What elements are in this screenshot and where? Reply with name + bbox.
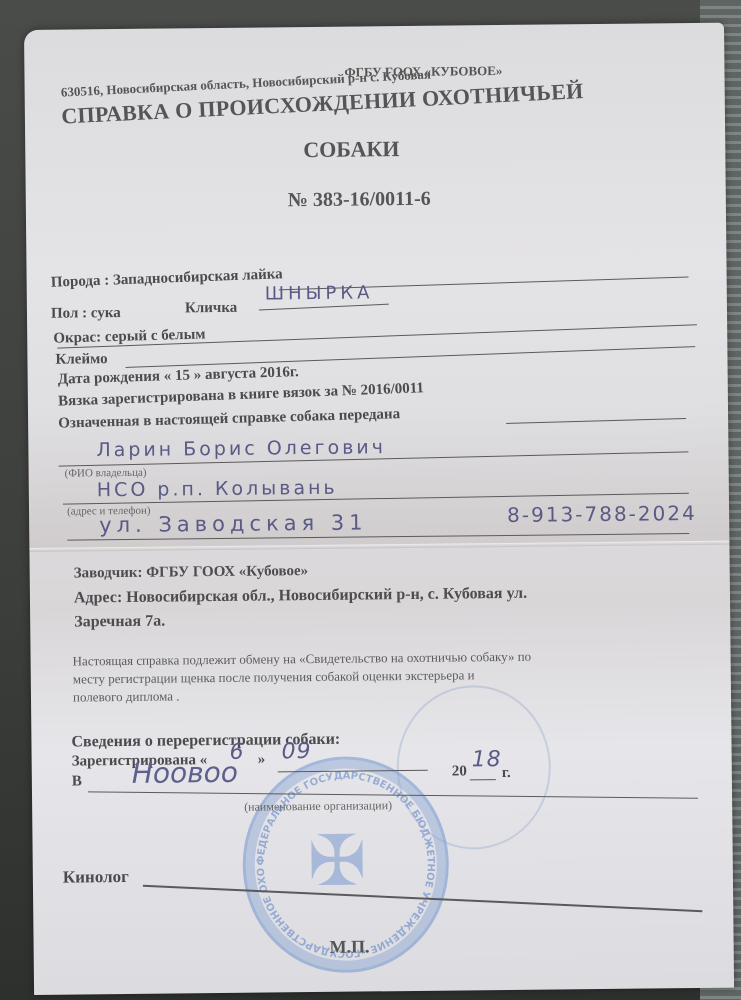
owner-address-value: НСО р.п. Колывань — [97, 477, 338, 502]
document-number: № 383-16/0011-6 — [288, 188, 431, 212]
owner-phone-value: 8-913-788-2024 — [507, 501, 697, 527]
breed-field: Порода : Западносибирская лайка — [51, 266, 283, 291]
document-title-line2: СОБАКИ — [303, 136, 399, 163]
year-prefix: 20 — [452, 763, 467, 780]
organization-name-value: Ноовоо — [132, 756, 238, 790]
registration-month-value: 09 — [281, 739, 311, 764]
certificate-paper: ФГБУ ГООХ «КУБОВОЕ» 630516, Новосибирска… — [24, 23, 734, 995]
owner-name-value: Ларин Борис Олегович — [96, 436, 386, 461]
organization-caption: (наименование организации) — [244, 798, 392, 815]
owner-street-value: ул. Заводская 31 — [99, 510, 368, 537]
notice-line-2: месту регистрации щенка после получения … — [73, 667, 475, 687]
notice-line-3: полевого диплома . — [73, 688, 180, 705]
breeder-address-line2: Заречная 7а. — [74, 613, 165, 632]
registration-year-value: 18 — [472, 747, 502, 772]
name-underline — [259, 304, 389, 311]
cynologist-label: Кинолог — [63, 867, 129, 888]
in-label: В — [72, 773, 82, 790]
day-close-quote: » — [258, 752, 266, 769]
notice-line-1: Настоящая справка подлежит обмену на «Св… — [73, 649, 532, 670]
brand-label: Клеймо — [55, 351, 107, 369]
sex-field: Пол : сука — [51, 305, 121, 323]
name-label: Кличка — [185, 300, 237, 318]
breeder-name: Заводчик: ФГБУ ГООХ «Кубовое» — [74, 563, 309, 582]
breeder-address: Адрес: Новосибирская обл., Новосибирский… — [74, 585, 527, 608]
dog-name-value: ШНЫРКА — [265, 282, 374, 304]
owner-caption: (ФИО владельца) — [65, 467, 147, 480]
seal-place-label: М.П. — [330, 936, 370, 957]
year-suffix: г. — [502, 765, 511, 782]
eagle-emblem-icon: ✠ — [307, 819, 367, 902]
brand-underline — [126, 346, 696, 368]
